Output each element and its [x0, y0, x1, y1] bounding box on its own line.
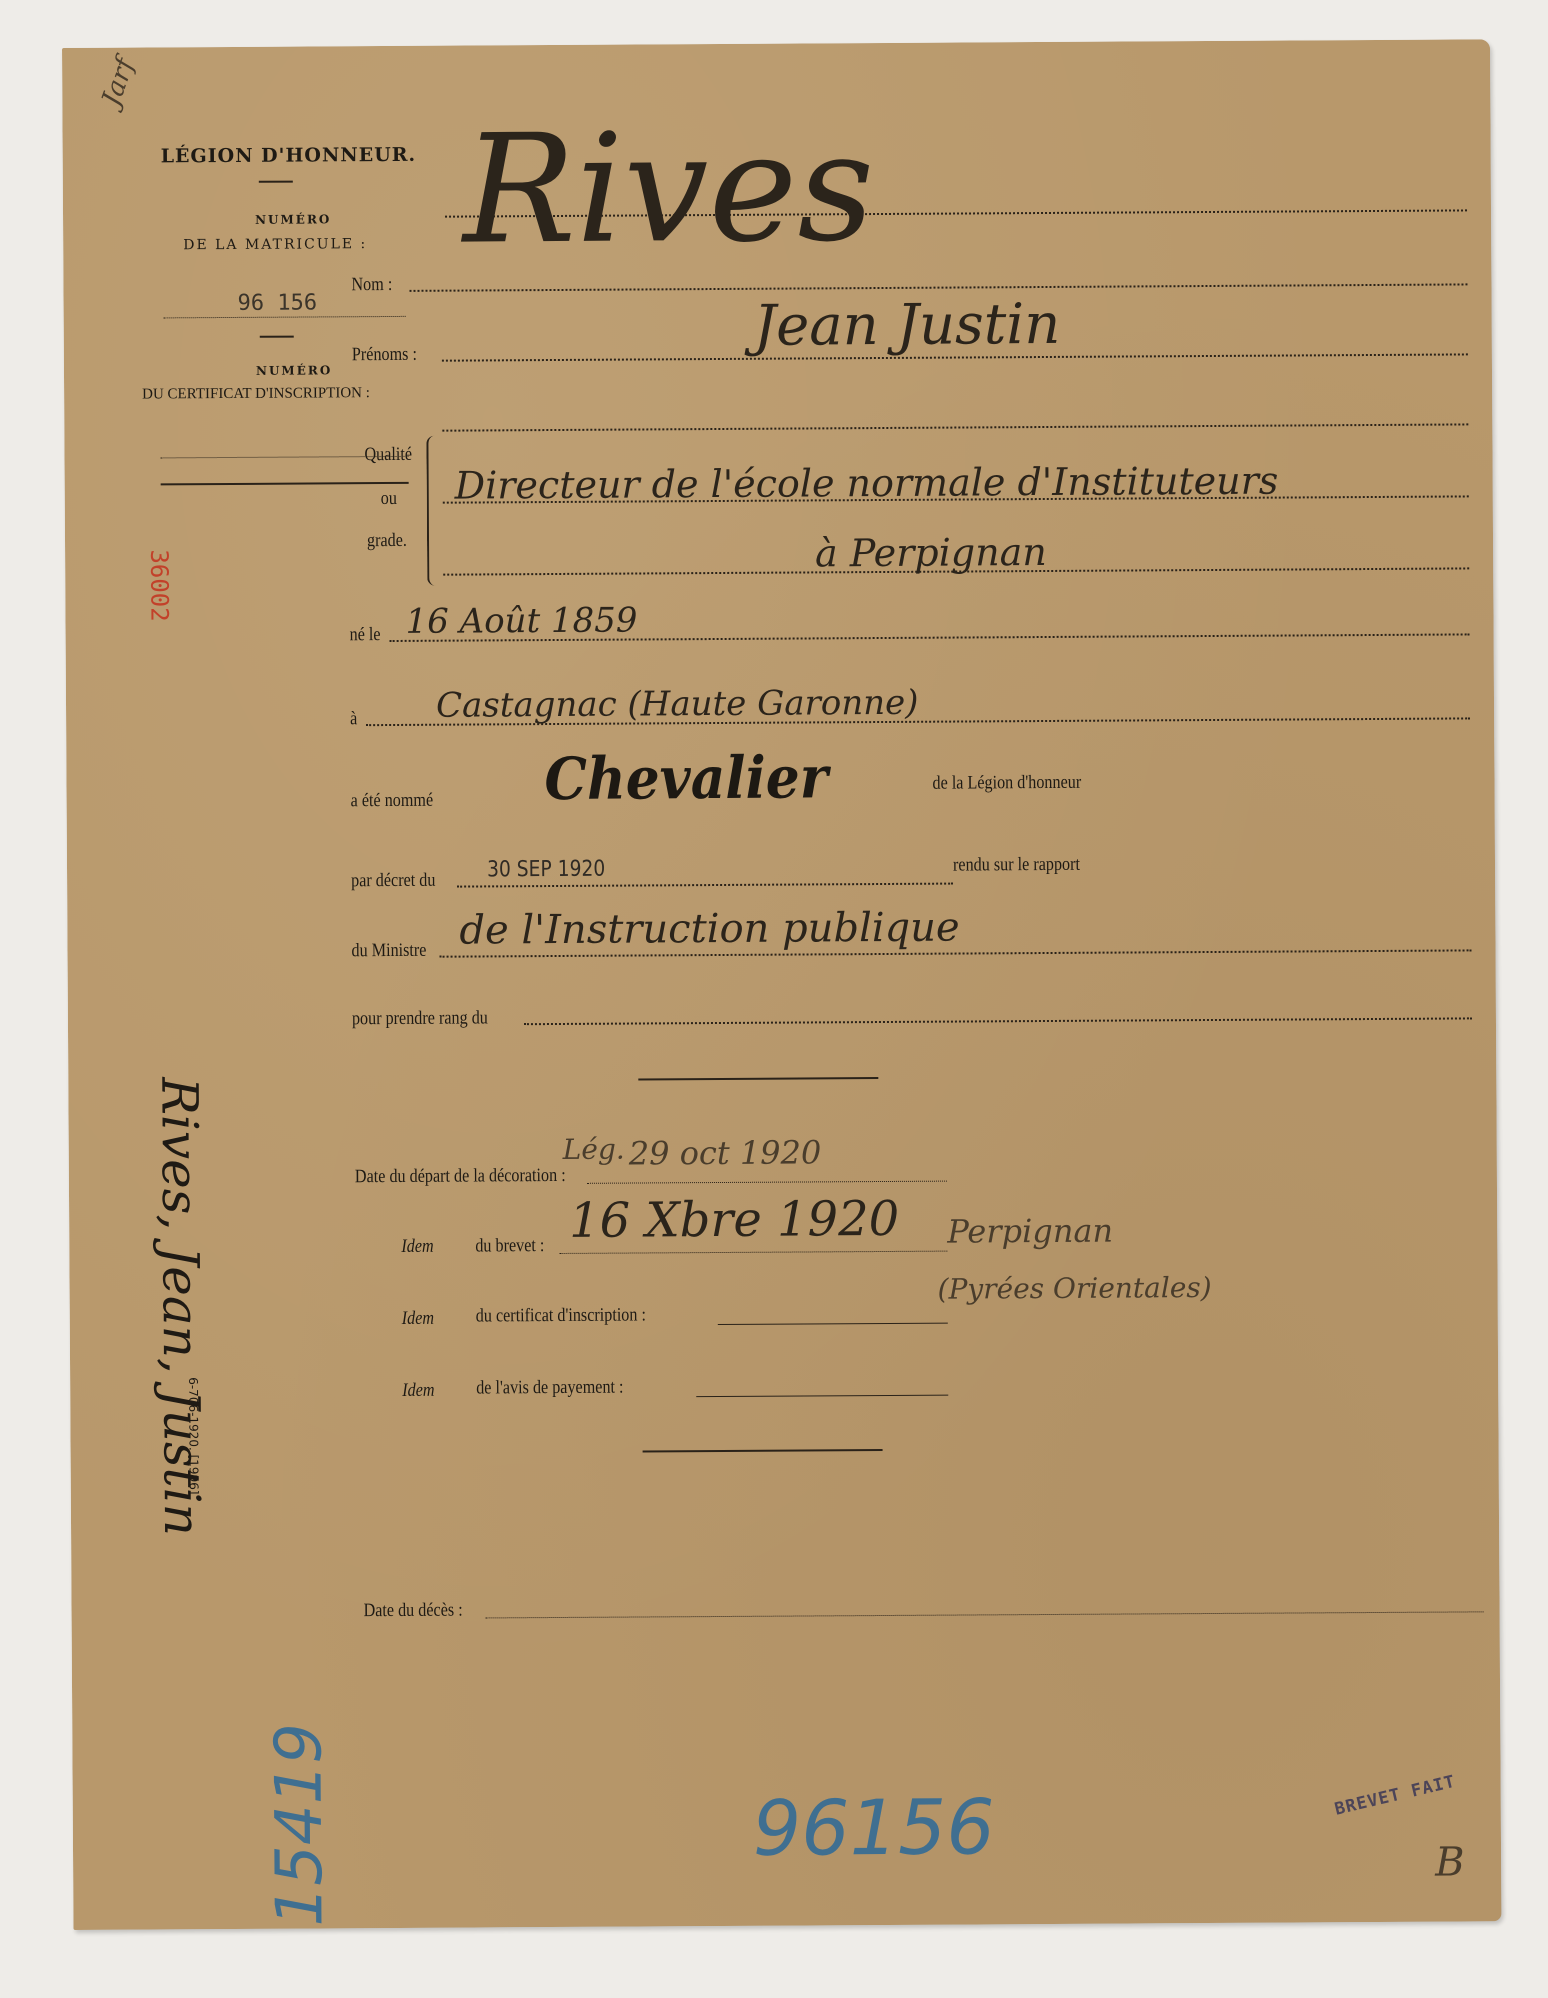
payement-line [696, 1395, 948, 1398]
header-divider [259, 181, 293, 183]
prenoms-label: Prénoms : [352, 344, 417, 366]
matricule-label-2: DE LA MATRICULE : [183, 236, 367, 253]
prenoms-value: Jean Justin [754, 292, 1061, 359]
depart-label: Date du départ de la décoration : [355, 1165, 566, 1188]
side-note-1: Perpignan [947, 1212, 1113, 1251]
a-label: à [350, 708, 357, 730]
corner-initials: Jarf [96, 55, 140, 110]
decret-value: 30 SEP 1920 [487, 857, 605, 883]
qualite-brace [426, 436, 439, 586]
payement-label: de l'avis de payement : [476, 1377, 623, 1400]
certificat-date-label: du certificat d'inscription : [476, 1304, 646, 1327]
stamp-initials: B [1435, 1839, 1465, 1885]
brevet-label: du brevet : [475, 1235, 544, 1257]
nom-label: Nom : [351, 274, 392, 296]
section-divider-2 [643, 1449, 883, 1452]
ministre-value: de l'Instruction publique [459, 905, 960, 954]
decret-line [457, 883, 953, 888]
decret-suffix: rendu sur le rapport [953, 854, 1080, 877]
payement-prefix: Idem [402, 1380, 434, 1402]
certificat-date-line [718, 1323, 948, 1325]
header-divider-2 [260, 336, 294, 338]
qualite-value-2: à Perpignan [815, 530, 1047, 575]
brevet-value: 16 Xbre 1920 [569, 1191, 899, 1249]
header-title: LÉGION D'HONNEUR. [161, 144, 417, 168]
print-code: 6-706-1920. [1996] [186, 1377, 201, 1494]
certificat-label-2: DU CERTIFICAT D'INSCRIPTION : [142, 385, 370, 403]
section-divider-1 [638, 1077, 878, 1080]
deces-line [486, 1611, 1484, 1618]
grade-chevalier: Chevalier [544, 743, 828, 813]
matricule-line [164, 316, 406, 318]
red-stamp-number: 36002 [145, 549, 173, 621]
brevet-fait-stamp: BREVET FAIT [1333, 1772, 1458, 1820]
depart-line [587, 1181, 947, 1184]
a-value: Castagnac (Haute Garonne) [436, 683, 919, 726]
ne-le-value: 16 Août 1859 [405, 600, 637, 641]
certificat-prefix: Idem [402, 1308, 434, 1330]
qualite-top-line [442, 423, 1468, 431]
ministre-label: du Ministre [351, 940, 426, 962]
side-note-2: (Pyrées Orientales) [937, 1271, 1211, 1306]
blue-bottom-number: 96156 [753, 1782, 995, 1872]
matricule-label-1: NUMÉRO [255, 212, 331, 226]
nom-value: Rives [462, 113, 874, 266]
matricule-value: 96 156 [237, 290, 317, 315]
qualite-label-2: ou [381, 488, 397, 510]
qualite-label-3: grade. [367, 530, 407, 552]
nomme-suffix: de la Légion d'honneur [932, 772, 1081, 795]
certificat-label-1: NUMÉRO [256, 363, 332, 377]
depart-value: 29 oct 1920 [629, 1133, 822, 1172]
certificat-ornament [161, 482, 409, 486]
brevet-line [559, 1251, 947, 1254]
ne-le-label: né le [350, 624, 381, 646]
deces-label: Date du décès : [363, 1600, 462, 1623]
margin-handwritten-name: Rives, Jean, Justin [150, 1077, 211, 1536]
qualite-label-1: Qualité [364, 444, 412, 466]
document-sheet: Jarf LÉGION D'HONNEUR. NUMÉRO DE LA MATR… [62, 39, 1501, 1930]
rang-label: pour prendre rang du [352, 1007, 488, 1030]
depart-annotation: Lég. [563, 1133, 625, 1166]
brevet-prefix: Idem [401, 1236, 433, 1258]
decret-label: par décret du [351, 870, 435, 893]
nomme-label: a été nommé [351, 790, 434, 813]
rang-line [524, 1017, 1472, 1025]
qualite-value-1: Directeur de l'école normale d'Institute… [455, 459, 1279, 508]
blue-side-number: 15419 [262, 1723, 337, 1927]
nom-line [409, 283, 1467, 291]
